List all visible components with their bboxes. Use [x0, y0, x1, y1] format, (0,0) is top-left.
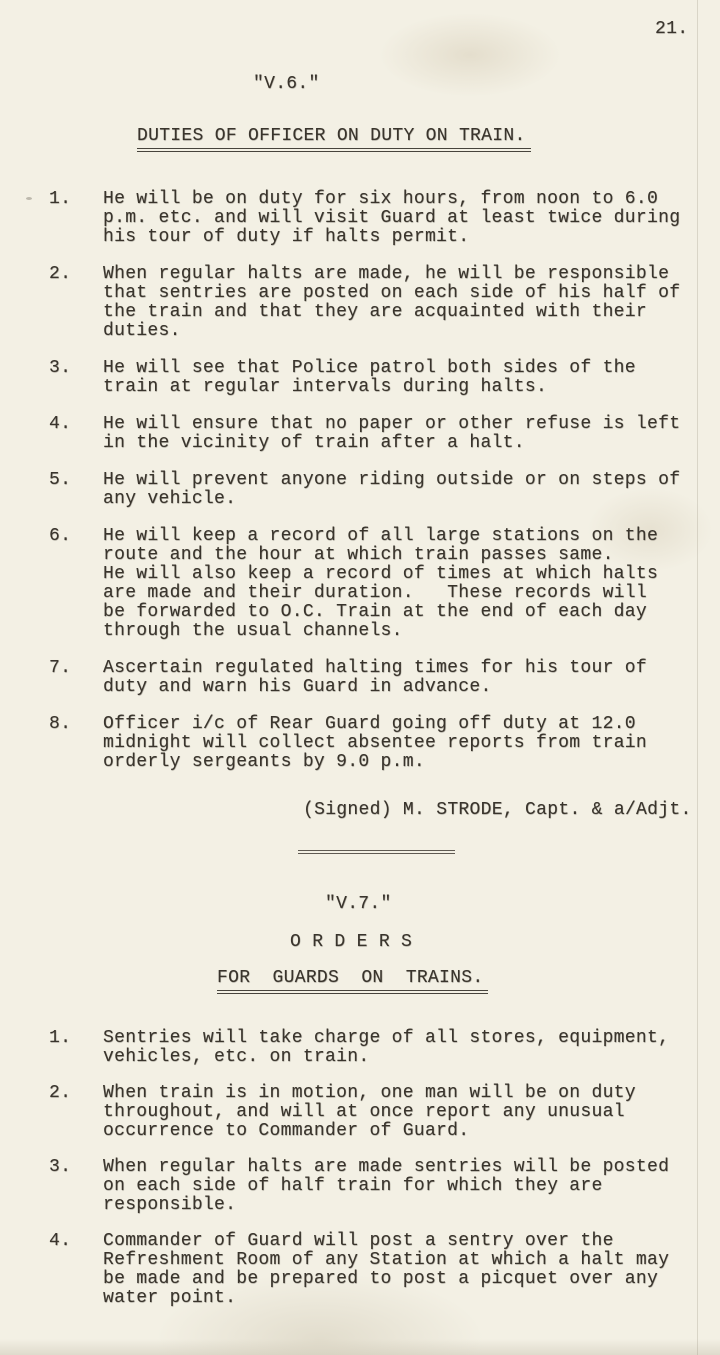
order-item-number: 2. — [49, 1084, 71, 1103]
order-item-number: 2. — [49, 265, 71, 284]
section-tag-v7: "V.7." — [325, 895, 720, 914]
orders-list-v6: 1. He will be on duty for six hours, fro… — [0, 190, 720, 772]
order-item: 2. When regular halts are made, he will … — [0, 265, 700, 341]
section-title-v6: DUTIES OF OFFICER ON DUTY ON TRAIN. — [137, 127, 720, 152]
section-tag-v6: "V.6." — [253, 75, 720, 94]
document-page: 21. "V.6." DUTIES OF OFFICER ON DUTY ON … — [0, 0, 720, 1355]
order-item-number: 5. — [49, 471, 71, 490]
paper-edge-crease — [697, 0, 698, 1355]
paper-speck — [26, 197, 32, 200]
order-item-number: 4. — [49, 415, 71, 434]
order-item-text: Sentries will take charge of all stores,… — [103, 1029, 700, 1067]
order-item: 4. Commander of Guard will post a sentry… — [0, 1232, 700, 1308]
order-item-number: 1. — [49, 190, 71, 209]
order-item-number: 3. — [49, 359, 71, 378]
order-item-text: When regular halts are made, he will be … — [103, 265, 700, 341]
order-item: 8. Officer i/c of Rear Guard going off d… — [0, 715, 700, 772]
order-item-text: Officer i/c of Rear Guard going off duty… — [103, 715, 700, 772]
order-item-number: 4. — [49, 1232, 71, 1251]
section-title-v6-text: DUTIES OF OFFICER ON DUTY ON TRAIN. — [137, 127, 531, 152]
order-item-text: He will prevent anyone riding outside or… — [103, 471, 700, 509]
order-item: 3. He will see that Police patrol both s… — [0, 359, 700, 397]
signature-line: (Signed) M. STRODE, Capt. & a/Adjt. — [303, 801, 720, 820]
orders-heading: O R D E R S — [290, 933, 720, 952]
orders-list-v7: 1. Sentries will take charge of all stor… — [0, 1029, 720, 1308]
order-item-text: Ascertain regulated halting times for hi… — [103, 659, 700, 697]
order-item: 2. When train is in motion, one man will… — [0, 1084, 700, 1141]
order-item-number: 3. — [49, 1158, 71, 1177]
order-item-text: He will be on duty for six hours, from n… — [103, 190, 700, 247]
order-item: 4. He will ensure that no paper or other… — [0, 415, 700, 453]
order-item: 3. When regular halts are made sentries … — [0, 1158, 700, 1215]
order-item: 1. He will be on duty for six hours, fro… — [0, 190, 700, 247]
order-item: 5. He will prevent anyone riding outside… — [0, 471, 700, 509]
order-item-number: 8. — [49, 715, 71, 734]
page-number: 21. — [655, 20, 688, 39]
section-divider-rule — [298, 850, 455, 854]
order-item-text: When train is in motion, one man will be… — [103, 1084, 700, 1141]
section-title-v7-text: FOR GUARDS ON TRAINS. — [217, 969, 488, 994]
section-title-v7: FOR GUARDS ON TRAINS. — [217, 969, 720, 994]
order-item: 7. Ascertain regulated halting times for… — [0, 659, 700, 697]
order-item-text: When regular halts are made sentries wil… — [103, 1158, 700, 1215]
order-item: 1. Sentries will take charge of all stor… — [0, 1029, 700, 1067]
order-item-number: 7. — [49, 659, 71, 678]
order-item-number: 6. — [49, 527, 71, 546]
order-item-text: Commander of Guard will post a sentry ov… — [103, 1232, 700, 1308]
order-item-text: He will keep a record of all large stati… — [103, 527, 700, 641]
order-item-number: 1. — [49, 1029, 71, 1048]
order-item-text: He will see that Police patrol both side… — [103, 359, 700, 397]
order-item: 6. He will keep a record of all large st… — [0, 527, 700, 641]
order-item-text: He will ensure that no paper or other re… — [103, 415, 700, 453]
